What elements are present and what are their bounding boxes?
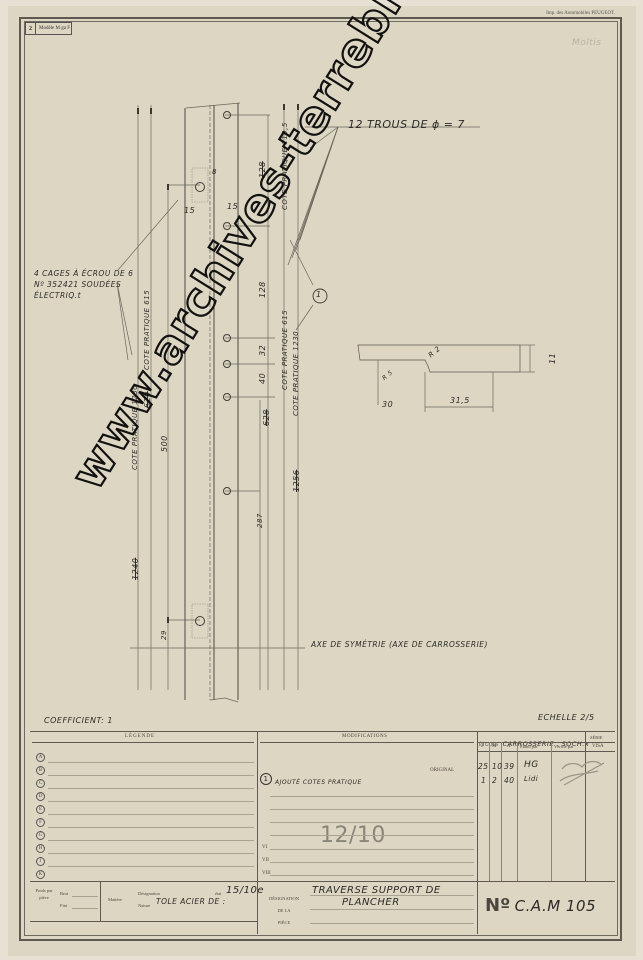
nature-value: TOLE ACIER DE : [156,897,226,906]
nut-cages-note-line3: ÉLECTRIQ.t [34,290,133,301]
piece-name-line2: PLANCHER [342,897,400,908]
number-value: C.A.M 105 [515,897,596,915]
dim-1240-struck: 1240 [131,558,140,580]
mod-1-text: AJOUTÉ COTES PRATIQUE [275,779,362,786]
axis-of-symmetry-note: AXE DE SYMÉTRIE (AXE DE CARROSSERIE) [311,640,488,649]
legend-letter: K [36,870,45,879]
legend-letter: A [36,753,45,762]
date-header-m: M [492,744,496,749]
entry-1-initials: HG [524,760,539,770]
mod-1-marker: 1 [260,773,272,785]
material-thickness: 15/10e [226,885,264,896]
legend-item: A [36,751,45,763]
legend-item: J [36,855,45,867]
etabli-par-header: Établi par [520,744,538,749]
poids-label: Poids par pièce [35,887,53,901]
designation-piece-label: DÉSIGNATION DE LA PIÈCE [262,893,306,929]
roman-viii: VIII [262,871,271,876]
entry-2-day: 1 [481,776,486,785]
legend-letter: D [36,792,45,801]
legend-item: G [36,829,45,841]
designation-piece-label-3: PIÈCE [262,917,306,929]
dim-radius-8: 8 [212,168,217,176]
legend-letter: J [36,857,45,866]
visa-stamp-signature [558,755,608,789]
entry-2-initials: Lidi [524,775,538,783]
date-header-a: A [507,744,511,749]
fini-label: Fini [60,903,67,908]
designation-piece-label-2: DE LA [262,905,306,917]
dim-500: 500 [160,435,169,452]
entry-1-year: 39 [504,762,515,771]
matiere-label: Matière [108,897,122,902]
legend-item: C [36,777,45,789]
dim-1256-struck: 1256 [292,470,301,492]
date-header-j: J [481,744,483,749]
nut-cages-note: 4 CAGES À ÉCROU DE 6 Nº 352421 SOUDÉES É… [34,268,133,301]
dim-31-5: 31,5 [450,396,470,405]
scale-label: ECHELLE 2/5 [538,713,595,722]
dim-40: 40 [258,373,267,384]
dim-287: 287 [256,513,264,528]
legend-item: H [36,842,45,854]
holes-note: 12 TROUS DE ϕ = 7 [348,118,465,131]
etat-label: état [215,891,222,896]
legend-letter: F [36,818,45,827]
entry-1-month: 10 [492,762,503,771]
modifications-header: MODIFICATIONS [342,734,387,739]
legend-letter: G [36,831,45,840]
brut-label: Brut [60,891,68,896]
visa-header: VISA [592,744,604,749]
designation-piece-label-1: DÉSIGNATION [262,893,306,905]
piece-name-line1: TRAVERSE SUPPORT DE [312,885,441,896]
dim-628-struck: 628 [262,409,271,426]
legend-letter: C [36,779,45,788]
dim-15-left: 15 [184,206,195,215]
dim-30: 30 [382,400,393,409]
legend-letter: H [36,844,45,853]
nature-label: Nature [138,903,150,908]
dim-32: 32 [258,345,267,356]
legend-item: K [36,868,45,880]
dim-29: 29 [160,630,168,640]
dim-11: 11 [548,353,557,364]
legend-item: F [36,816,45,828]
title-block: LÉGENDE A B C D E F G H J K MODIFICATION… [30,731,615,934]
dim-128: 128 [258,281,267,298]
entry-1-day: 25 [478,762,489,771]
drawing-number: Nº C.A.M 105 [485,895,596,916]
coefficient-label: COEFFICIENT: 1 [44,716,113,725]
number-prefix: Nº [485,895,510,916]
legend-item: D [36,790,45,802]
entry-2-year: 40 [504,776,515,785]
designation-label: Désignation [138,891,160,896]
cote-pratique-1230-right: COTE PRATIQUE 1230 [292,331,300,416]
cote-pratique-615-right: COTE PRATIQUE 615 [281,310,289,390]
nut-cages-note-line1: 4 CAGES À ÉCROU DE 6 [34,268,133,279]
legend-letter: B [36,766,45,775]
original-label: ORIGINAL [430,768,454,773]
modification-marker: 1 [316,290,322,299]
entry-2-month: 2 [492,776,497,785]
nut-cages-note-line2: Nº 352421 SOUDÉES [34,279,133,290]
verifie-par-header: Vérifié par [554,744,574,749]
legend-item: E [36,803,45,815]
legend-item: B [36,764,45,776]
serie-label: SÉRIE [590,735,603,740]
legend-letter: E [36,805,45,814]
roman-vi: VI [262,845,267,850]
roman-vii: VII [262,858,269,863]
legend-header: LÉGENDE [125,734,155,739]
